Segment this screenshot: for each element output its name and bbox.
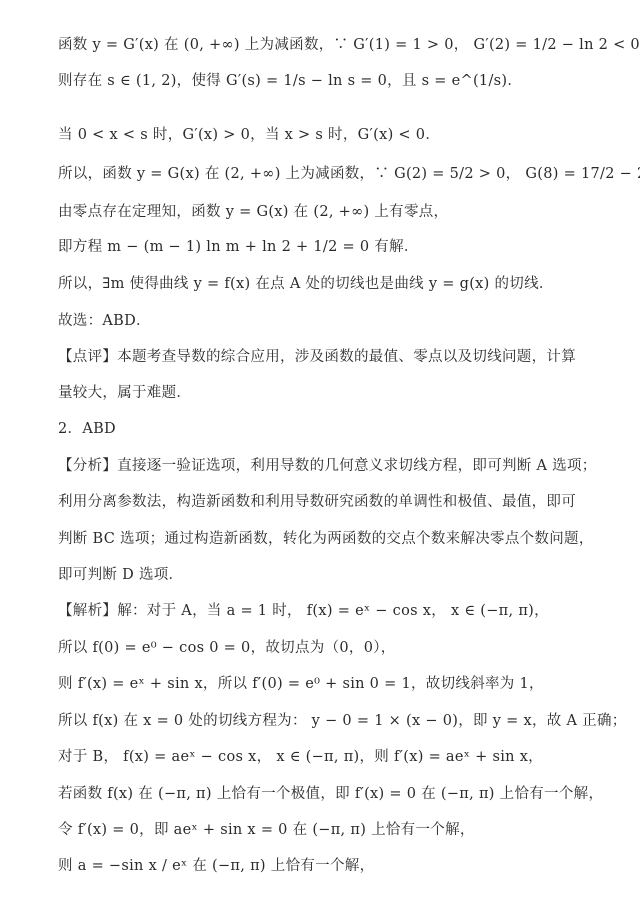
- text-line-2: 则存在 s ∈ (1, 2)，使得 G′(s) = 1/s − ln s = 0…: [58, 70, 610, 92]
- solution-line-3: 则 f′(x) = eˣ + sin x，所以 f′(0) = e⁰ + sin…: [58, 673, 610, 695]
- text-line-4: 所以，函数 y = G(x) 在 (2, +∞) 上为减函数，∵ G(2) = …: [58, 163, 610, 185]
- solution-line-1: 【解析】解：对于 A，当 a = 1 时， f(x) = eˣ − cos x，…: [58, 600, 610, 622]
- solution-line-2: 所以 f(0) = e⁰ − cos 0 = 0，故切点为（0，0），: [58, 637, 610, 659]
- solution-line-4: 所以 f(x) 在 x = 0 处的切线方程为： y − 0 = 1 × (x …: [58, 710, 610, 732]
- question-number: 2．ABD: [58, 418, 610, 440]
- solution-line-6: 若函数 f(x) 在 (−π, π) 上恰有一个极值，即 f′(x) = 0 在…: [58, 783, 610, 805]
- analysis-line-3: 判断 BC 选项；通过构造新函数，转化为两函数的交点个数来解决零点个数问题，: [58, 528, 610, 550]
- document-page: 函数 y = G′(x) 在 (0, +∞) 上为减函数，∵ G′(1) = 1…: [0, 0, 640, 906]
- solution-line-7: 令 f′(x) = 0，即 aeˣ + sin x = 0 在 (−π, π) …: [58, 819, 610, 841]
- analysis-line-4: 即可判断 D 选项．: [58, 564, 610, 586]
- comment-line-1: 【点评】本题考查导数的综合应用，涉及函数的最值、零点以及切线问题，计算: [58, 346, 610, 368]
- solution-line-5: 对于 B， f(x) = aeˣ − cos x， x ∈ (−π, π)，则 …: [58, 746, 610, 768]
- text-line-6: 即方程 m − (m − 1) ln m + ln 2 + 1/2 = 0 有解…: [58, 236, 610, 258]
- text-line-5: 由零点存在定理知，函数 y = G(x) 在 (2, +∞) 上有零点，: [58, 201, 610, 223]
- text-line-3: 当 0 < x < s 时，G′(x) > 0，当 x > s 时，G′(x) …: [58, 124, 610, 146]
- text-line-7: 所以，∃m 使得曲线 y = f(x) 在点 A 处的切线也是曲线 y = g(…: [58, 273, 610, 295]
- comment-line-2: 量较大，属于难题．: [58, 382, 610, 404]
- analysis-line-2: 利用分离参数法，构造新函数和利用导数研究函数的单调性和极值、最值，即可: [58, 491, 610, 513]
- text-line-8: 故选：ABD．: [58, 310, 610, 332]
- solution-line-8: 则 a = −sin x / eˣ 在 (−π, π) 上恰有一个解，: [58, 855, 610, 877]
- analysis-line-1: 【分析】直接逐一验证选项，利用导数的几何意义求切线方程，即可判断 A 选项；: [58, 455, 610, 477]
- text-line-1: 函数 y = G′(x) 在 (0, +∞) 上为减函数，∵ G′(1) = 1…: [58, 34, 610, 56]
